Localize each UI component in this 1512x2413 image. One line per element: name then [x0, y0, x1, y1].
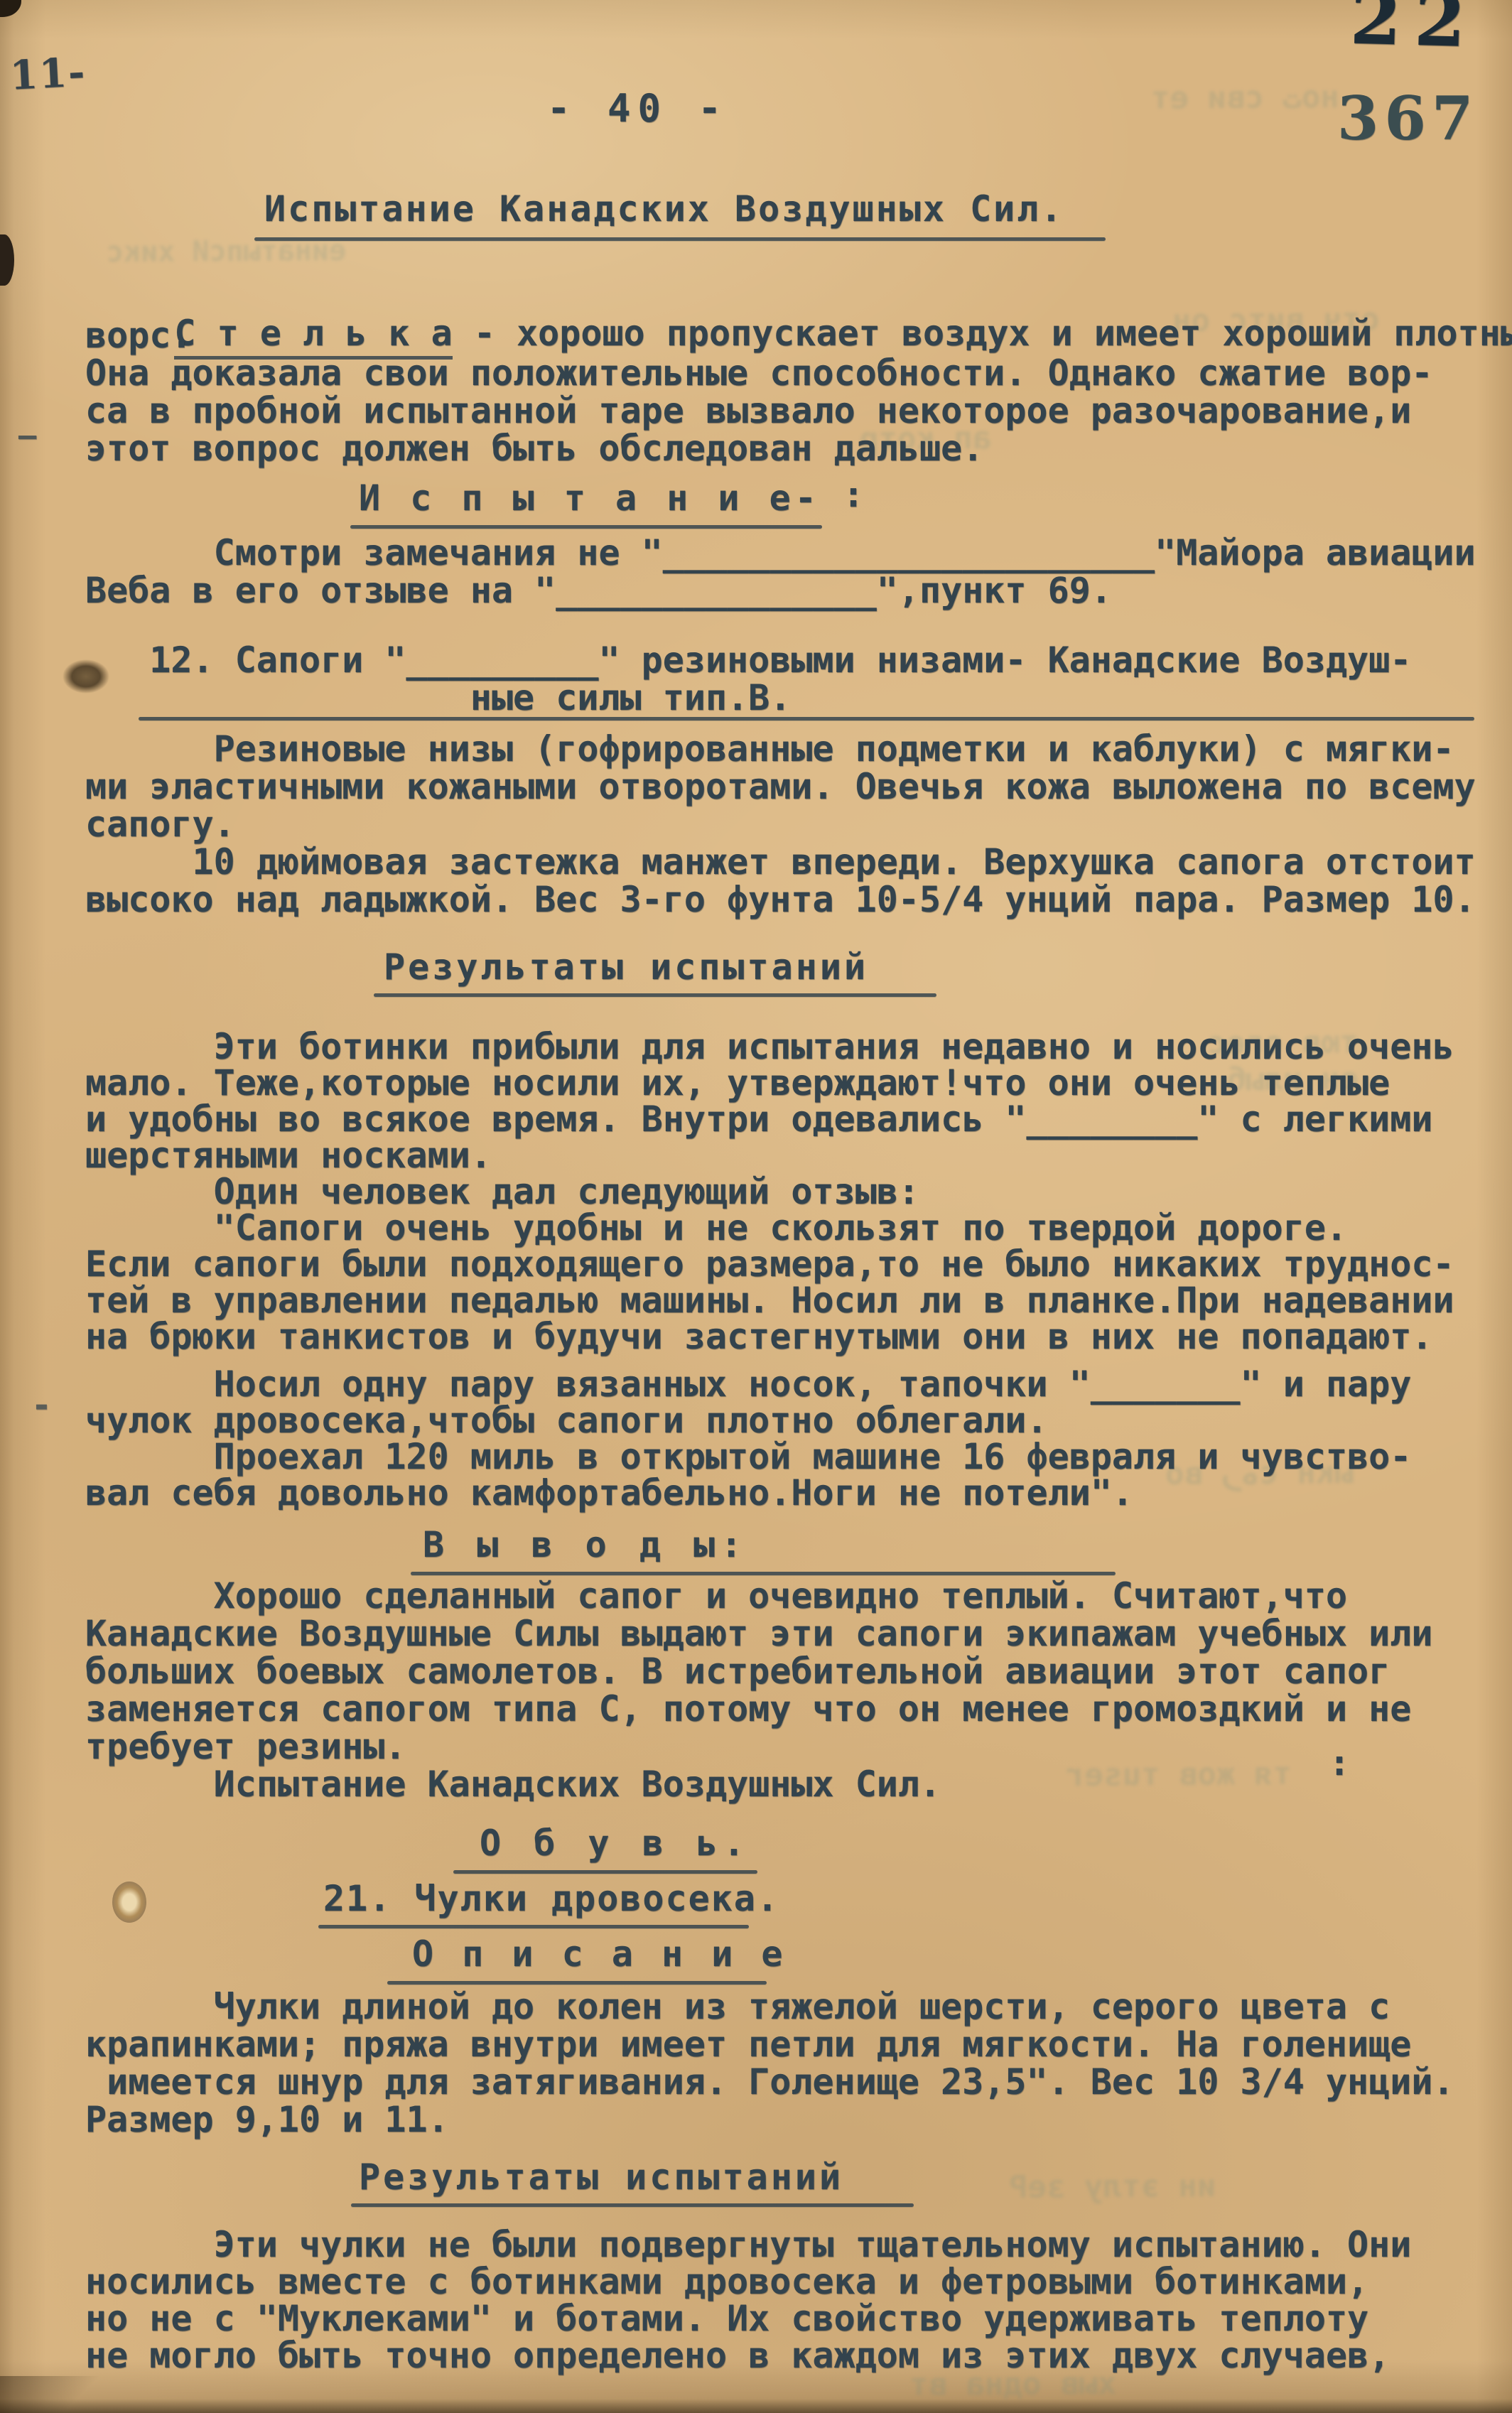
- document-title: Испытание Канадских Воздушных Сил.: [264, 190, 1064, 228]
- socks-paragraph: Носил одну пару вязанных носок, тапочки …: [85, 1366, 1411, 1511]
- footwear-underline: [453, 1870, 757, 1874]
- scanned-document-page: ноت сви ет еинатыпсИ хикс отч витс он ап…: [0, 0, 1512, 2413]
- edge-notch-stain: [0, 234, 14, 286]
- punch-hole: [112, 1882, 146, 1923]
- item-21-underline: [318, 1925, 749, 1928]
- bleed-through-text: ноت сви ет: [1151, 79, 1339, 117]
- rubber-bottoms-paragraph: Резиновые низы (гофрированные подметки и…: [85, 730, 1476, 919]
- results-1-paragraph: Эти ботинки прибыли для испытания недавн…: [85, 1029, 1454, 1355]
- page-number: - 40 -: [547, 90, 728, 127]
- description-underline: [387, 1981, 767, 1985]
- test-heading-colon: :: [843, 476, 864, 514]
- section-heading-test: И с п ы т а н и е-: [359, 480, 821, 517]
- item-21-lumberjack-stockings: 21. Чулки дровосека.: [323, 1880, 779, 1918]
- handwritten-margin-note: 11-: [9, 53, 87, 95]
- test-paragraph: Смотри замечания не "___________________…: [85, 534, 1476, 610]
- results-2-paragraph: Эти чулки не были подвергнуты тщательном…: [85, 2226, 1411, 2374]
- description-paragraph: Чулки длиной до колен из тяжелой шерсти,…: [85, 1988, 1454, 2139]
- section-heading-results-2: Результаты испытаний: [359, 2159, 843, 2196]
- item-12-underline: [139, 717, 1474, 720]
- bleed-through-text: ин этлу зеР: [1009, 2168, 1216, 2206]
- corner-tear-stain: [0, 0, 21, 17]
- left-margin-dash: -: [31, 1387, 52, 1425]
- section-heading-description: О п и с а н и е: [412, 1936, 787, 1973]
- title-underline: [254, 237, 1106, 241]
- section-heading-results-1: Результаты испытаний: [384, 949, 868, 986]
- test-heading-underline: [350, 525, 822, 529]
- right-margin-colon: :: [1329, 1744, 1350, 1782]
- stamped-archive-number: 367: [1337, 99, 1479, 137]
- section-heading-footwear: О б у в ь.: [480, 1825, 750, 1862]
- insole-paragraph-rest: ворс. Она доказала свои положительные сп…: [85, 317, 1432, 468]
- conclusions-paragraph: Хорошо сделанный сапог и очевидно теплый…: [85, 1577, 1432, 1803]
- bottom-edge-shadow: [0, 2399, 1512, 2413]
- left-margin-dash: —: [18, 416, 36, 454]
- results-1-underline: [374, 993, 936, 997]
- section-heading-conclusions: В ы в о д ы:: [423, 1526, 747, 1564]
- item-12-boots: 12. Сапоги "_________" резиновыми низами…: [85, 642, 1411, 717]
- results-2-underline: [351, 2203, 914, 2207]
- handwritten-folio-number: 22: [1349, 0, 1479, 39]
